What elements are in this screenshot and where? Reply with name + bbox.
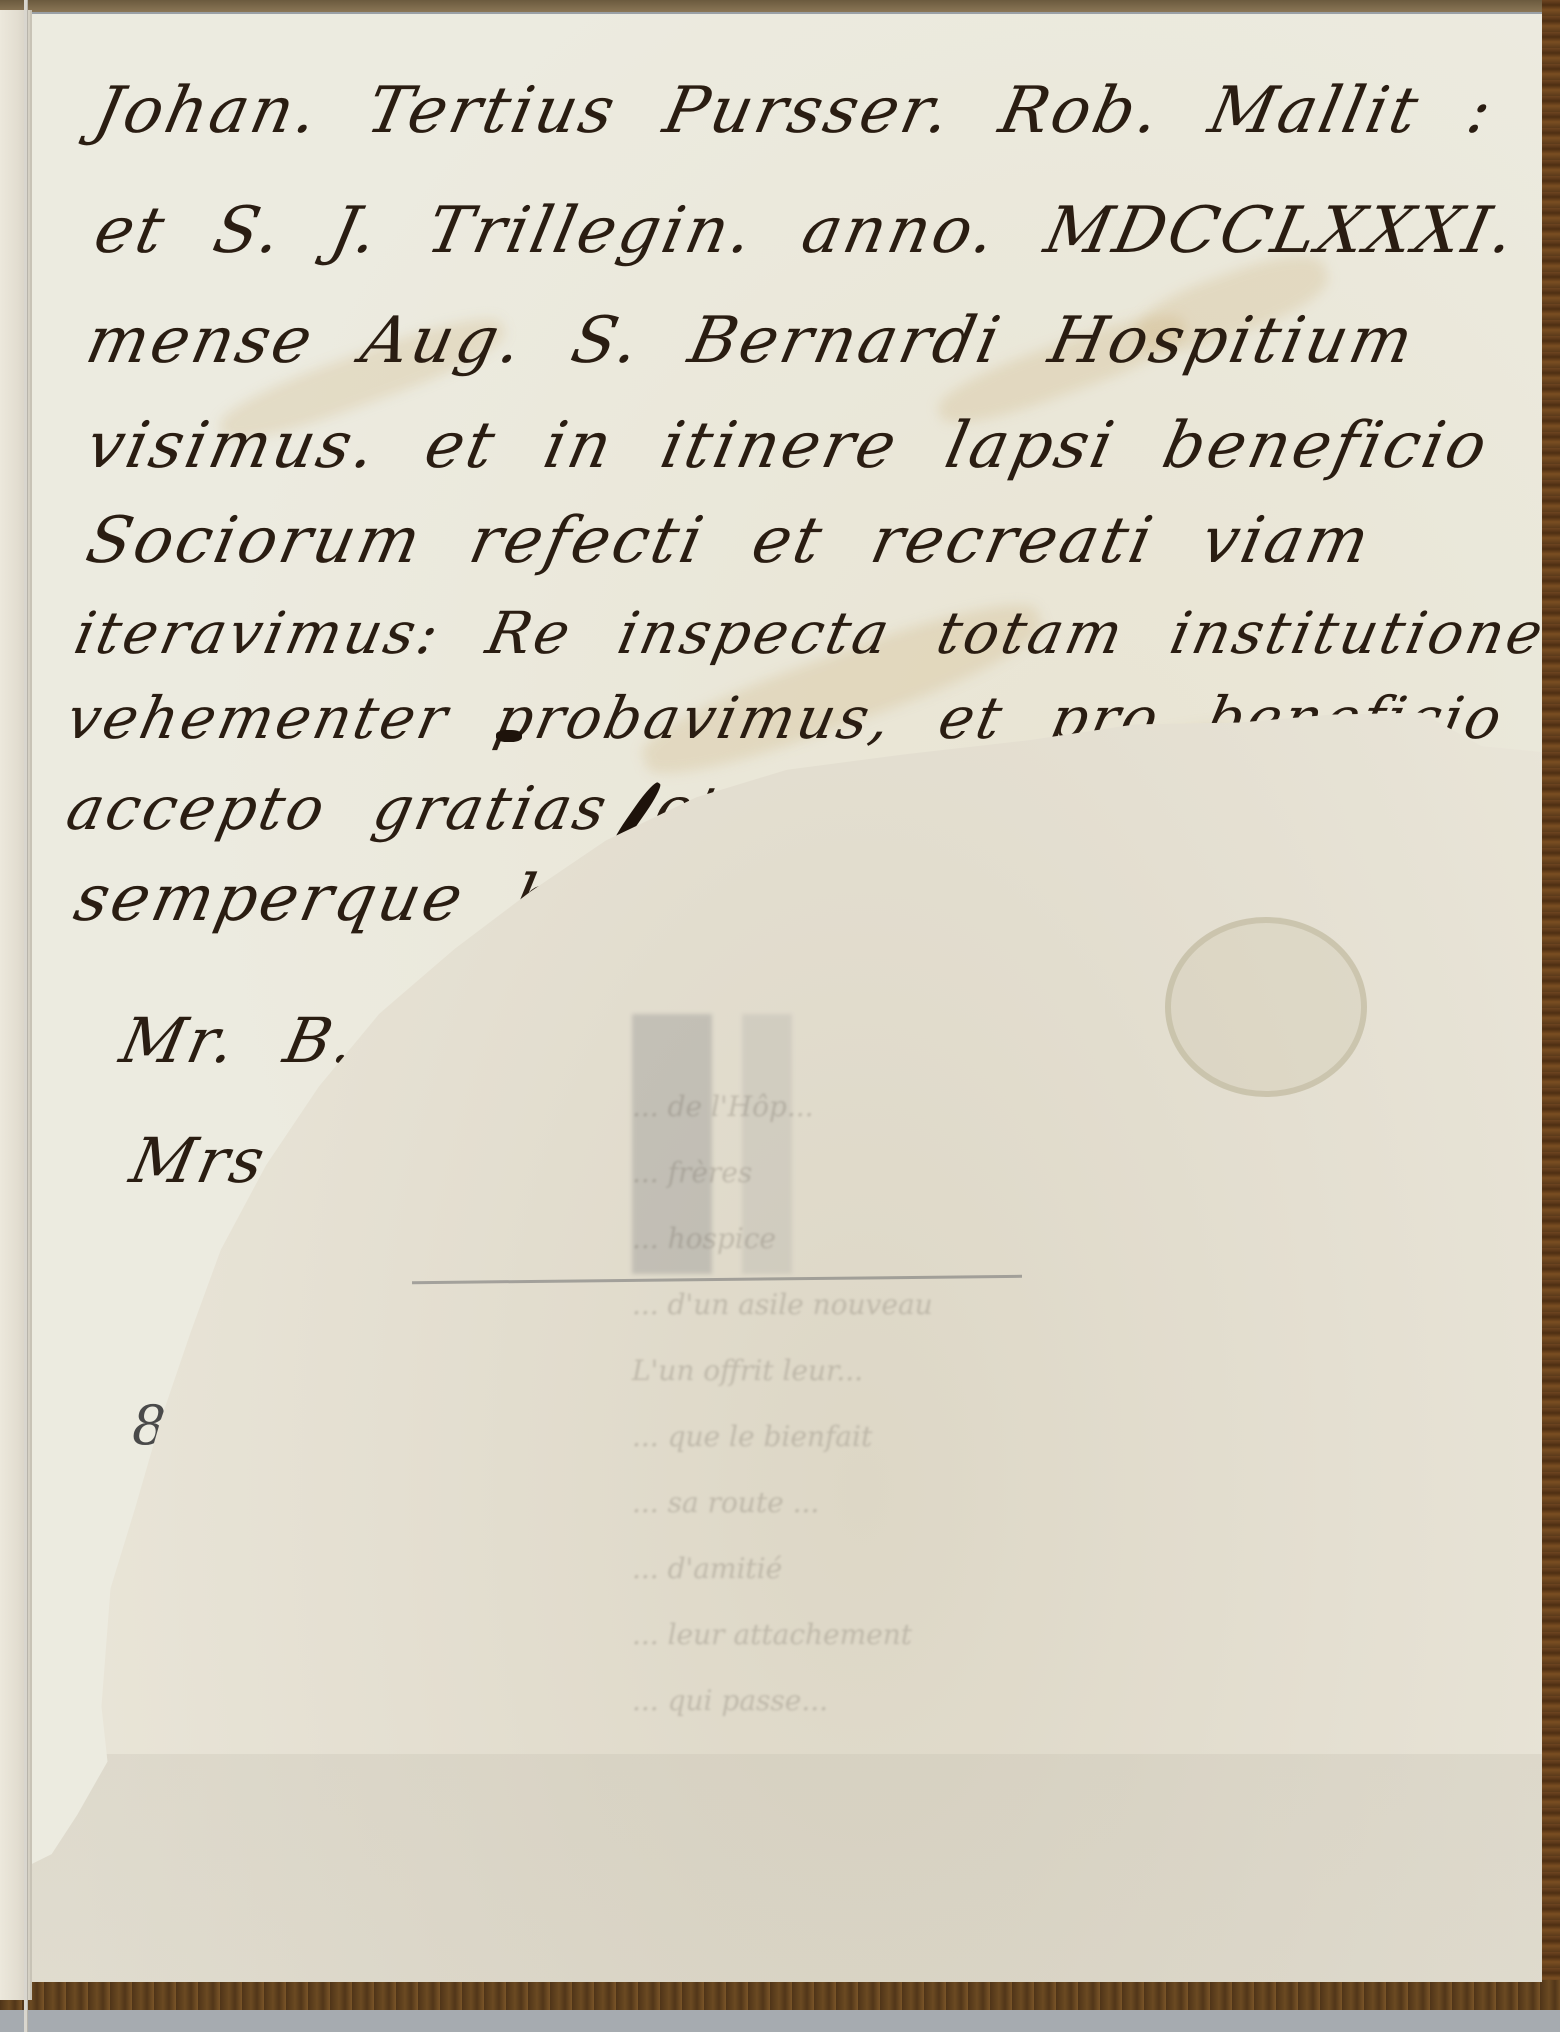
stamp-mark bbox=[1165, 917, 1367, 1097]
inscription-line: iteravimus: Re inspecta totam institutio… bbox=[69, 599, 1560, 667]
binding-top-edge bbox=[0, 0, 1560, 12]
faint-line: ... de l'Hôp... bbox=[632, 1074, 1152, 1140]
inscription-line: mense Aug. S. Bernardi Hospitium bbox=[80, 304, 1422, 378]
inscription-line: Johan. Tertius Pursser. Rob. Mallit : bbox=[88, 74, 1501, 148]
inscription-line: Sociorum refecti et recreati viam bbox=[80, 504, 1378, 578]
faint-line: ... d'un asile nouveau bbox=[632, 1272, 1152, 1338]
left-page-edges bbox=[0, 10, 32, 2000]
inscription-line: et S. J. Trillegin. anno. MDCCLXXXI. bbox=[88, 194, 1523, 268]
faint-line: ... que le bienfait bbox=[632, 1404, 1152, 1470]
faint-line: ... hospice bbox=[632, 1206, 1152, 1272]
faint-line: L'un offrit leur... bbox=[632, 1338, 1152, 1404]
faint-line: ... frères bbox=[632, 1140, 1152, 1206]
binding-right-edge bbox=[1542, 0, 1560, 2032]
faint-line: ... leur attachement bbox=[632, 1602, 1152, 1668]
mount-fold bbox=[32, 1754, 1542, 1982]
faint-line: ... qui passe... bbox=[632, 1668, 1152, 1734]
faint-line: ... d'amitié bbox=[632, 1536, 1152, 1602]
inscription-line: visimus. et in itinere lapsi beneficio bbox=[80, 409, 1496, 483]
faint-line: ... sa route ... bbox=[632, 1470, 1152, 1536]
binding-bottom-edge bbox=[0, 1980, 1560, 2010]
faint-underlying-text: ... de l'Hôp... ... frères ... hospice .… bbox=[632, 1074, 1152, 1734]
binding-thread bbox=[24, 0, 27, 2032]
ink-blot bbox=[496, 730, 522, 742]
background-strip bbox=[0, 2010, 1560, 2032]
